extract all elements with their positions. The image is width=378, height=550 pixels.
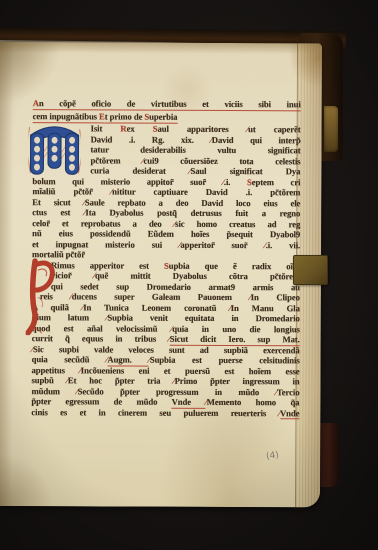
ink-segment: Incõueniens eni et puersũ est hoĩem esse [81,365,300,376]
ink-segment: Secũdo p̃pter progressum in mũdo [78,386,276,397]
ink-segment: uperbia [149,112,177,124]
manuscript-page: An cõpẽ oficio de virtutibus et viciis s… [0,42,322,507]
ink-segment: upbia que ẽ radix oĩm [169,260,300,271]
ink-segment: .i. [224,176,247,186]
ink-segment: sic homo creatus ad reg [175,218,300,229]
ink-segment: vicior̃ [51,270,94,280]
ink-segment: cem inpugnãtibus [33,111,99,123]
ink-segment: Vnde [280,408,299,420]
photo-background: An cõpẽ oficio de virtutibus et viciis s… [0,0,378,550]
book-cover-edge-bottom-right [319,423,339,487]
pencil-folio-number: (4) [266,450,280,462]
fore-edge-tab-upper [324,106,338,152]
ink-segment: celor̃ et reprobatus a deo [32,218,174,229]
ink-segment: cui9 cõuersiõez tota celestis [144,155,301,166]
ink-segment: eptem cri [252,177,301,187]
lombardic-m-artwork [28,122,80,176]
fore-edge-tab-lower [293,255,328,285]
ink-segment: mĩaliũ pc̃tõr̃ [32,186,110,196]
ink-segment: Rimus apperitor est [51,260,164,270]
ink-segment: David qui interp̃ [212,134,301,144]
ink-segment: t primo de [105,111,145,123]
ink-segment: n cõpẽ oficio de virtutibus et viciis si… [39,98,301,111]
ink-segment: Et sicut [32,197,83,207]
ink-segment: Sic supbi valde veloces sunt ad supbiã e… [33,344,300,355]
ink-segment: Supbia venit equitata in Dromedario [107,312,299,323]
ink-segment: In Manu Gla [231,303,300,313]
ink-segment: Supbia est puerse celsitudinis [150,355,300,366]
ink-segment: Ita Dyabolus postq̃ detrusus fuit a regn… [85,207,300,218]
text-line: An cõpẽ oficio de virtutibus et viciis s… [33,97,301,111]
ink-segment: mũdum [31,386,76,396]
ink-segment: In Tunica Leonem coronatũ [83,302,229,313]
ink-segment: quẽ mittit Dyabolus cõtra pc̃tõrem [95,270,300,281]
ink-segment: David .i. Rg. xix. [91,134,211,145]
ink-segment: Primo p̃pter ingressum in [175,376,300,387]
ink-segment: pc̃tõrem [90,155,142,165]
ink-segment: quia secũdũ [32,354,106,364]
ink-segment: qui sedet sup Dromedario armat9 armis au [51,281,300,292]
ink-segment: cinis es et in cinerem seu puluerem reue… [31,407,278,418]
ink-segment: ctus est [32,207,84,217]
illuminated-initial-m: M [28,122,80,176]
ink-segment: In Clipeo [251,292,300,302]
ink-segment: .i. vii. [266,240,300,250]
illuminated-initial-p: P [26,257,56,335]
lombardic-p-artwork [26,257,56,335]
ink-segment: quia in uno die longius [172,323,299,334]
ink-segment: bolum qui misterio appitor̃ suor̃ [32,176,222,187]
ink-segment: supbũ [32,375,67,385]
ink-segment: Saule repbato a deo David loco eius ele [85,197,300,208]
ink-segment: ut caperẽt [248,124,301,134]
ink-segment: p̃pter egressum de mũdo [31,396,171,407]
ink-segment: Memento homo q̃a [207,397,300,407]
text-line: cinis es et in cinerem seu puluerem reue… [31,407,299,419]
ink-segment: nititur captiuare David .i. pc̃tõrem [112,186,300,197]
rubric-segment: S [144,112,149,124]
ink-segment: Tercio [277,387,300,397]
ink-segment: Saul significat Dya [190,166,300,176]
ink-segment: curia desiderat [90,165,189,175]
ink-segment: nũ eius possidendũ Eũdem hoĩes p̃sequit … [32,228,300,239]
ink-segment: Isit [91,123,121,133]
ink-segment: appetitus [32,365,80,375]
ink-segment: aul apparitores [157,124,246,134]
ink-segment: apperitor̃ suor̃ [180,239,264,249]
ink-segment: tatur desiderabilis vultu significat [91,144,301,155]
ink-segment: Et hoc p̃pter tria [68,375,173,385]
ink-segment: et inpugnat misterio sui [32,239,179,250]
ink-segment: ducens super Galeam Pauonem [72,291,250,302]
ink-segment: ex [127,124,153,134]
